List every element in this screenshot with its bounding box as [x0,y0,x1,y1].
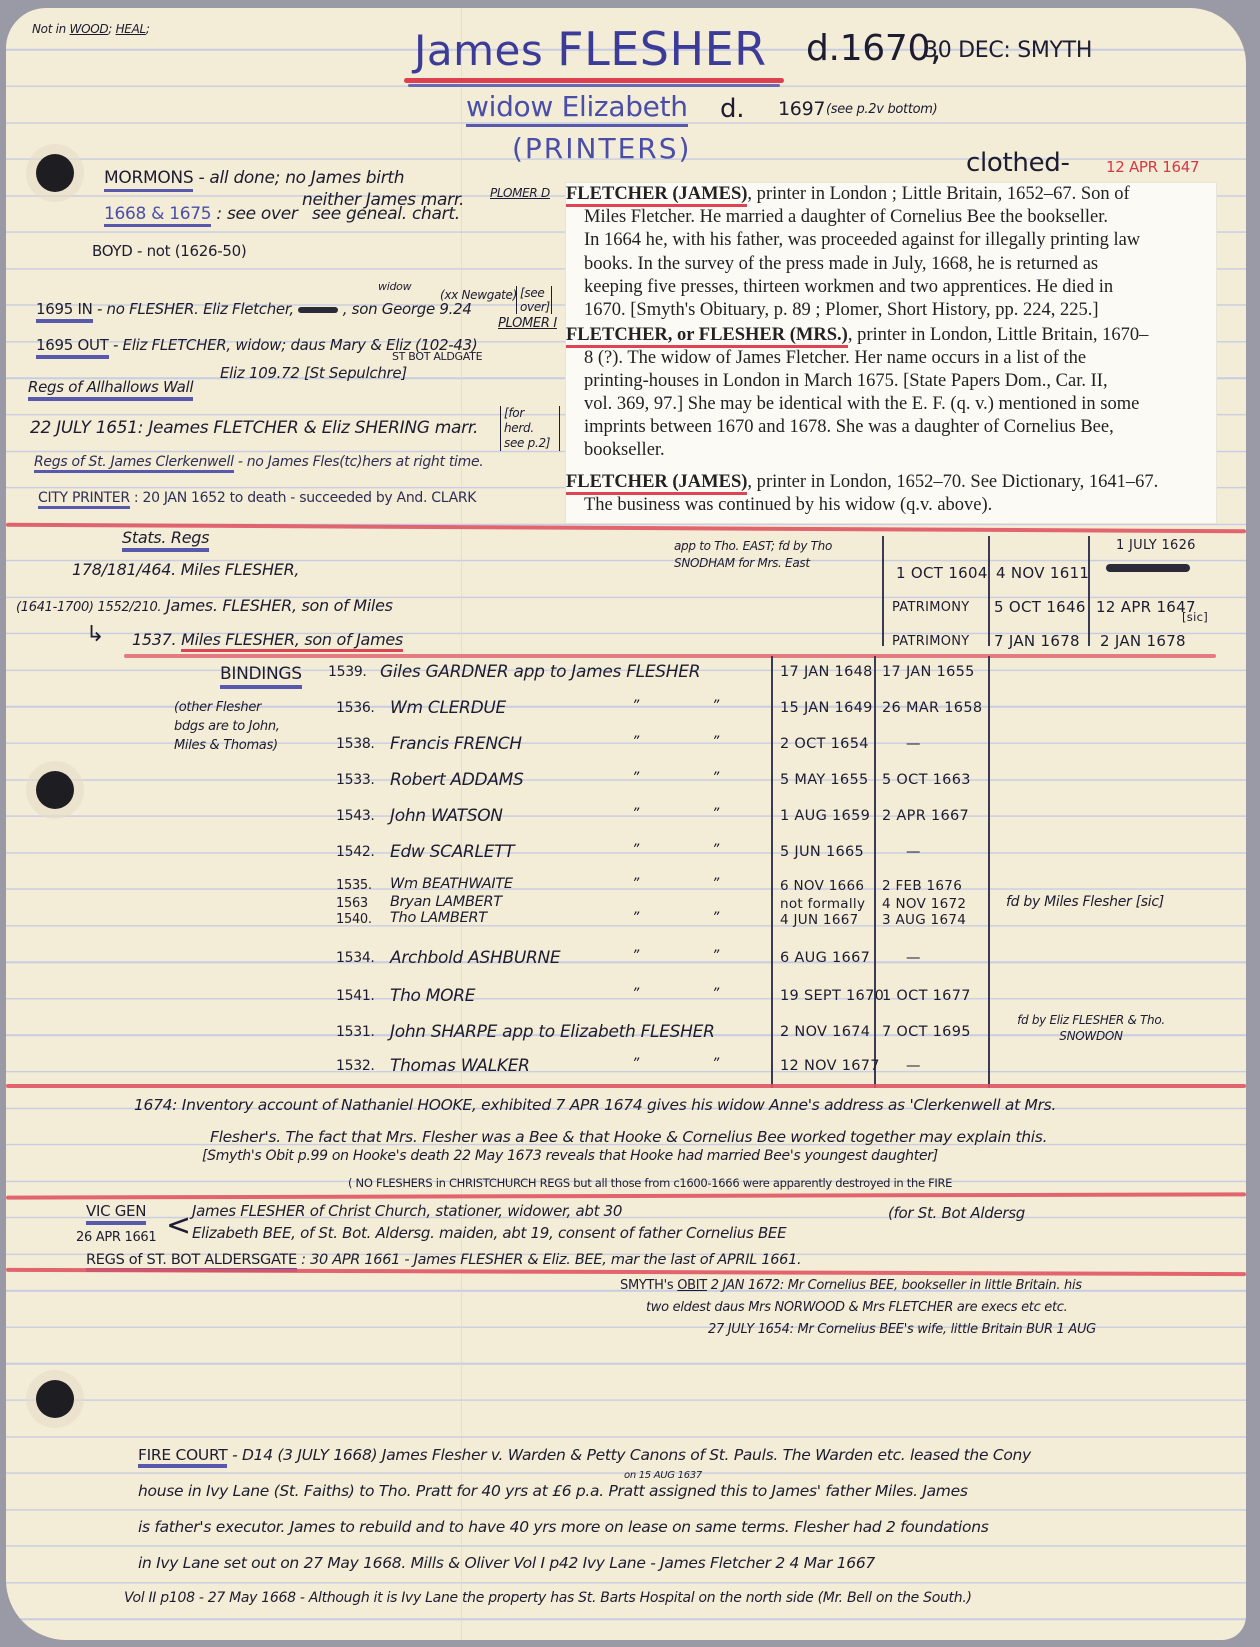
mormons-note: MORMONS - all done; no James birth [104,168,404,188]
death-source: 30 DEC: SMYTH [924,38,1092,63]
binding-ref: 1542. [336,844,375,860]
clothed-date: 12 APR 1647 [1106,158,1199,176]
binding-freed-date: 7 OCT 1695 [882,1024,971,1040]
binding-name: Francis FRENCH [390,734,522,754]
binding-ref: 1535. [336,878,372,893]
trade-label: (PRINTERS) [512,132,691,165]
bindings-label: BINDINGS [220,664,302,689]
binding-name: Wm BEATHWAITE [390,876,513,892]
binding-bound-date: 17 JAN 1648 [780,664,873,680]
binding-name: Archbold ASHBURNE [390,948,560,968]
stats-row-2: (1641-1700) 1552/210. James. FLESHER, so… [16,596,393,615]
sic-note: [sic] [1182,610,1208,624]
stats-row-3: 1537. Miles FLESHER, son of James [132,630,403,649]
binding-name: John SHARPE app to Elizabeth FLESHER [390,1022,715,1042]
smyth-obit-1: SMYTH's OBIT 2 JAN 1672: Mr Cornelius BE… [620,1278,1082,1293]
binding-name: Robert ADDAMS [390,770,524,790]
years-note: 1668 & 1675 : see over [104,204,298,224]
binding-note: fd by Miles Flesher [sic] [1006,894,1164,910]
binding-ref: 1540. [336,912,372,927]
binding-name: Bryan LAMBERT [390,894,502,910]
ditto-mark: ” [712,876,719,892]
binding-bound-date: 4 JUN 1667 [780,912,859,928]
binding-freed-date: 4 NOV 1672 [882,896,966,912]
ditto-mark: ” [632,770,639,786]
inventory-line-1: 1674: Inventory account of Nathaniel HOO… [134,1096,1056,1114]
binding-bound-date: 12 NOV 1677 [780,1058,880,1074]
binding-bound-date: 6 NOV 1666 [780,878,864,894]
excerpt-line: printing-houses in London in March 1675.… [566,370,1216,394]
ditto-mark: ” [632,698,639,714]
binding-bound-date: 15 JAN 1649 [780,700,873,716]
column-rule [874,656,876,1088]
binding-freed-date: 1 OCT 1677 [882,988,971,1004]
bindings-side-note: (other Flesher bdgs are to John, Miles &… [174,698,284,755]
binding-ref: 1536. [336,700,375,716]
ditto-mark: ” [632,806,639,822]
section-divider [6,1084,1246,1088]
binding-freed-date: — [906,950,921,966]
section-divider [6,1192,1246,1199]
section-divider [6,1268,1246,1276]
bracket-icon: < [166,1208,191,1243]
stats-row-1-freed: 4 NOV 1611 [996,564,1089,582]
excerpt-line: Miles Fletcher. He married a daughter of… [566,206,1216,230]
binding-freed-date: 17 JAN 1655 [882,664,975,680]
binding-freed-date: 2 APR 1667 [882,808,969,824]
binding-name: Thomas WALKER [390,1056,530,1076]
binding-bound-date: 2 OCT 1654 [780,736,869,752]
boyd-note: BOYD - not (1626-50) [92,242,246,260]
excerpt-line: keeping five presses, thirteen workmen a… [566,276,1216,300]
binding-ref: 1538. [336,736,375,752]
bride-entry: Elizabeth BEE, of St. Bot. Aldersg. maid… [192,1224,786,1242]
binding-freed-date: 3 AUG 1674 [882,912,966,928]
stats-row-3-clothed: 2 JAN 1678 [1100,632,1186,650]
binding-bound-date: 19 SEPT 1670 [780,988,884,1004]
stats-row-2-freed: 5 OCT 1646 [994,598,1086,616]
binding-ref: 1563 [336,896,368,911]
fire-court-line-4: in Ivy Lane set out on 27 May 1668. Mill… [138,1554,875,1572]
excerpt-line: The business was continued by his widow … [566,494,1216,518]
widow-death-note: (see p.2v bottom) [826,102,937,117]
corner-note: Not in WOOD; HEAL; [32,22,150,36]
inventory-line-3: [Smyth's Obit p.99 on Hooke's death 22 M… [202,1148,938,1164]
excerpt-line: 8 (?). The widow of James Fletcher. Her … [566,347,1216,371]
fire-court-line-5: Vol II p108 - 27 May 1668 - Although it … [124,1590,972,1606]
stats-regs-label: Stats. Regs [122,528,209,552]
ditto-mark: ” [632,842,639,858]
struck-date [1106,564,1190,572]
binding-ref: 1534. [336,950,375,966]
plomer-i-label: PLOMER I [498,316,557,331]
inventory-line-2: Flesher's. The fact that Mrs. Flesher wa… [210,1128,1047,1146]
binding-name: Tho LAMBERT [390,910,487,926]
binding-bound-date: 5 MAY 1655 [780,772,869,788]
struck-word [298,307,338,313]
binding-freed-date: 26 MAR 1658 [882,700,982,716]
binding-name: John WATSON [390,806,503,826]
excerpt-line: bookseller. [566,439,1216,463]
smyth-obit-2: two eldest daus Mrs NORWOOD & Mrs FLETCH… [646,1300,1067,1315]
binding-bound-date: not formally [780,896,865,912]
excerpt-line: vol. 369, 97.] She may be identical with… [566,393,1216,417]
stats-row-1-clothed: 1 JULY 1626 [1116,538,1196,553]
binding-name: Giles GARDNER app to James FLESHER [380,662,700,682]
fire-court-line-2: house in Ivy Lane (St. Faiths) to Tho. P… [138,1482,968,1500]
ditto-mark: ” [712,1056,719,1072]
ditto-mark: ” [712,770,719,786]
binding-name: Wm CLERDUE [390,698,506,718]
binding-ref: 1533. [336,772,375,788]
stats-row-2-bound: PATRIMONY [892,600,970,615]
1695-in-note: 1695 IN - no FLESHER. Eliz Fletcher, , s… [36,300,472,318]
city-printer-note: CITY PRINTER : 20 JAN 1652 to death - su… [38,490,476,506]
binding-name: Tho MORE [390,986,475,1006]
allhallows-label: Regs of Allhallows Wall [28,378,193,401]
lease-date-insert: on 15 AUG 1637 [624,1470,702,1481]
page-title: James FLESHER [414,22,767,76]
clothed-label: clothed- [966,148,1070,178]
groom-entry: James FLESHER of Christ Church, statione… [192,1202,622,1220]
vicgen-label: VIC GEN [86,1202,146,1225]
ditto-mark: ” [632,734,639,750]
entry-james-1: FLETCHER (JAMES), printer in London ; Li… [566,183,1216,207]
ditto-mark: ” [632,948,639,964]
aldersgate-regs: REGS of ST. BOT ALDERSGATE : 30 APR 1661… [86,1252,801,1268]
binding-bound-date: 1 AUG 1659 [780,808,870,824]
st-bot-aldgate-note: ST BOT ALDGATE [392,350,482,363]
widow-death-year: 1697 [778,98,825,120]
christchurch-note: ( NO FLESHERS in CHRISTCHURCH REGS but a… [348,1176,952,1190]
binding-freed-date: 2 FEB 1676 [882,878,962,894]
widow-insert: widow [378,280,411,293]
punch-hole [36,771,74,809]
death-date: d.1670, [806,28,941,69]
binding-ref: 1543. [336,808,375,824]
stats-row-1-bound: 1 OCT 1604 [896,564,988,582]
binding-freed-date: 5 OCT 1663 [882,772,971,788]
punch-hole [36,154,74,192]
vicgen-date: 26 APR 1661 [76,1230,156,1245]
ditto-mark: ” [632,1056,639,1072]
ditto-mark: ” [712,806,719,822]
genealogy-chart-note: see geneal. chart. [312,204,460,224]
ditto-mark: ” [712,698,719,714]
smyth-obit-3: 27 JULY 1654: Mr Cornelius BEE's wife, l… [708,1322,1096,1337]
ditto-mark: ” [712,842,719,858]
binding-freed-date: — [906,736,921,752]
binding-bound-date: 5 JUN 1665 [780,844,864,860]
entry-james-2: FLETCHER (JAMES), printer in London, 165… [566,471,1216,495]
see-over-note: [see over] [516,286,552,314]
column-rule [1088,536,1090,646]
binding-ref: 1532. [336,1058,375,1074]
widow-death-label: d. [720,94,744,124]
entry-mrs: FLETCHER, or FLESHER (MRS.), printer in … [566,324,1216,348]
binding-freed-date: — [906,844,921,860]
printed-dictionary-excerpt: FLETCHER (JAMES), printer in London ; Li… [566,183,1216,523]
binding-bound-date: 2 NOV 1674 [780,1024,870,1040]
excerpt-line: books. In the survey of the press made i… [566,253,1216,277]
ditto-mark: ” [632,876,639,892]
binding-ref: 1541. [336,988,375,1004]
widow-name: widow Elizabeth [466,90,688,127]
binding-ref: 1539. [328,664,367,680]
index-card: Not in WOOD; HEAL; James FLESHER d.1670,… [6,8,1246,1640]
stats-arrow: ↳ [86,622,104,647]
stats-row-1: 178/181/464. Miles FLESHER, [72,560,299,579]
column-rule [771,656,773,1088]
fire-court-line-3: is father's executor. James to rebuild a… [138,1518,989,1536]
excerpt-line: In 1664 he, with his father, was proceed… [566,229,1216,253]
binding-freed-date: — [906,1058,921,1074]
title-underline-red [404,78,784,83]
stats-row-1-note: app to Tho. EAST; fd by Tho SNODHAM for … [674,538,874,572]
eliz-burial-note: Eliz 109.72 [St Sepulchre] [220,364,407,382]
stats-row-2-clothed: 12 APR 1647 [1096,598,1196,616]
binding-note: fd by Eliz FLESHER & Tho. SNOWDON [1006,1012,1176,1044]
ditto-mark: ” [712,986,719,1002]
column-rule [988,536,990,646]
title-underline-blue [408,84,780,87]
column-rule [988,656,990,1088]
clerkenwell-note: Regs of St. James Clerkenwell - no James… [34,454,483,470]
stats-underline [124,654,1216,658]
ditto-mark: ” [712,910,719,926]
allhallows-marriage: 22 JULY 1651: Jeames FLETCHER & Eliz SHE… [30,418,478,438]
punch-hole [36,1380,74,1418]
herd-note: [for herd. see p.2] [500,406,560,451]
excerpt-line: 1670. [Smyth's Obituary, p. 89 ; Plomer,… [566,299,1216,323]
column-rule [882,536,884,646]
binding-ref: 1531. [336,1024,375,1040]
excerpt-line: imprints between 1670 and 1678. She was … [566,416,1216,440]
binding-name: Edw SCARLETT [390,842,514,862]
binding-bound-date: 6 AUG 1667 [780,950,870,966]
ditto-mark: ” [632,986,639,1002]
ditto-mark: ” [712,734,719,750]
stats-row-3-freed: 7 JAN 1678 [994,632,1080,650]
fire-court-line-1: FIRE COURT - D14 (3 JULY 1668) James Fle… [138,1446,1031,1464]
aldersgate-aside: (for St. Bot Aldersg [888,1204,1025,1222]
plomer-d-label: PLOMER D [490,186,550,200]
stats-row-3-bound: PATRIMONY [892,634,970,649]
ditto-mark: ” [632,910,639,926]
ditto-mark: ” [712,948,719,964]
